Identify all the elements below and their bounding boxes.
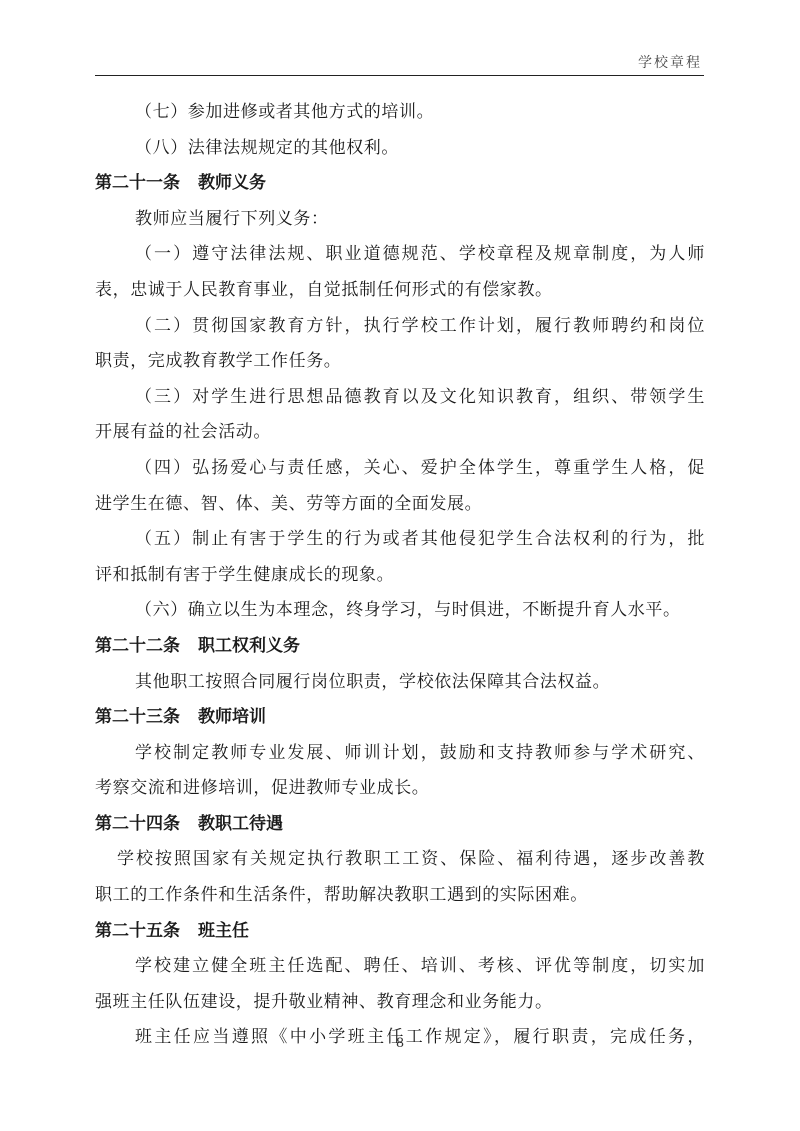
paragraph-line: 学校建立健全班主任选配、聘任、培训、考核、评优等制度，切实加 <box>95 949 705 985</box>
paragraph-line: 考察交流和进修培训，促进教师专业成长。 <box>95 771 705 807</box>
list-item: （一）遵守法律法规、职业道德规范、学校章程及规章制度，为人师 <box>95 237 705 273</box>
article-heading: 第二十四条教职工待遇 <box>95 807 705 843</box>
paragraph-line: 职工的工作条件和生活条件，帮助解决教职工遇到的实际困难。 <box>95 878 705 914</box>
article-heading: 第二十五条班主任 <box>95 914 705 950</box>
article-heading: 第二十二条职工权利义务 <box>95 629 705 665</box>
paragraph-line: 学校制定教师专业发展、师训计划，鼓励和支持教师参与学术研究、 <box>95 736 705 772</box>
article-number: 第二十一条 <box>95 173 180 193</box>
list-item: （八）法律法规规定的其他权利。 <box>95 131 705 167</box>
article-heading: 第二十一条教师义务 <box>95 166 705 202</box>
article-heading: 第二十三条教师培训 <box>95 700 705 736</box>
article-title: 班主任 <box>198 921 249 941</box>
list-item-continued: 表，忠诚于人民教育事业，自觉抵制任何形式的有偿家教。 <box>95 273 705 309</box>
article-number: 第二十四条 <box>95 814 180 834</box>
page-number: 8 <box>0 1036 800 1051</box>
list-item: （五）制止有害于学生的行为或者其他侵犯学生合法权利的行为，批 <box>95 522 705 558</box>
article-number: 第二十五条 <box>95 921 180 941</box>
paragraph-line: 其他职工按照合同履行岗位职责，学校依法保障其合法权益。 <box>95 665 705 701</box>
list-item-continued: 职责，完成教育教学工作任务。 <box>95 344 705 380</box>
paragraph-line: 学校按照国家有关规定执行教职工工资、保险、福利待遇，逐步改善教 <box>95 842 705 878</box>
paragraph-line: 教师应当履行下列义务： <box>95 202 705 238</box>
list-item: （六）确立以生为本理念，终身学习，与时俱进，不断提升育人水平。 <box>95 593 705 629</box>
article-title: 教职工待遇 <box>198 814 283 834</box>
article-title: 教师培训 <box>198 707 266 727</box>
article-number: 第二十三条 <box>95 707 180 727</box>
article-title: 教师义务 <box>198 173 266 193</box>
header-title: 学校章程 <box>638 52 702 72</box>
article-title: 职工权利义务 <box>198 636 300 656</box>
list-item: （四）弘扬爱心与责任感，关心、爱护全体学生，尊重学生人格，促 <box>95 451 705 487</box>
list-item: （二）贯彻国家教育方针，执行学校工作计划，履行教师聘约和岗位 <box>95 309 705 345</box>
list-item: （三）对学生进行思想品德教育以及文化知识教育，组织、带领学生 <box>95 380 705 416</box>
list-item: （七）参加进修或者其他方式的培训。 <box>95 95 705 131</box>
list-item-continued: 开展有益的社会活动。 <box>95 415 705 451</box>
paragraph-line: 强班主任队伍建设，提升敬业精神、教育理念和业务能力。 <box>95 985 705 1021</box>
list-item-continued: 进学生在德、智、体、美、劳等方面的全面发展。 <box>95 487 705 523</box>
list-item-continued: 评和抵制有害于学生健康成长的现象。 <box>95 558 705 594</box>
document-body: （七）参加进修或者其他方式的培训。 （八）法律法规规定的其他权利。 第二十一条教… <box>95 95 705 1056</box>
article-number: 第二十二条 <box>95 636 180 656</box>
header-divider <box>95 75 704 76</box>
